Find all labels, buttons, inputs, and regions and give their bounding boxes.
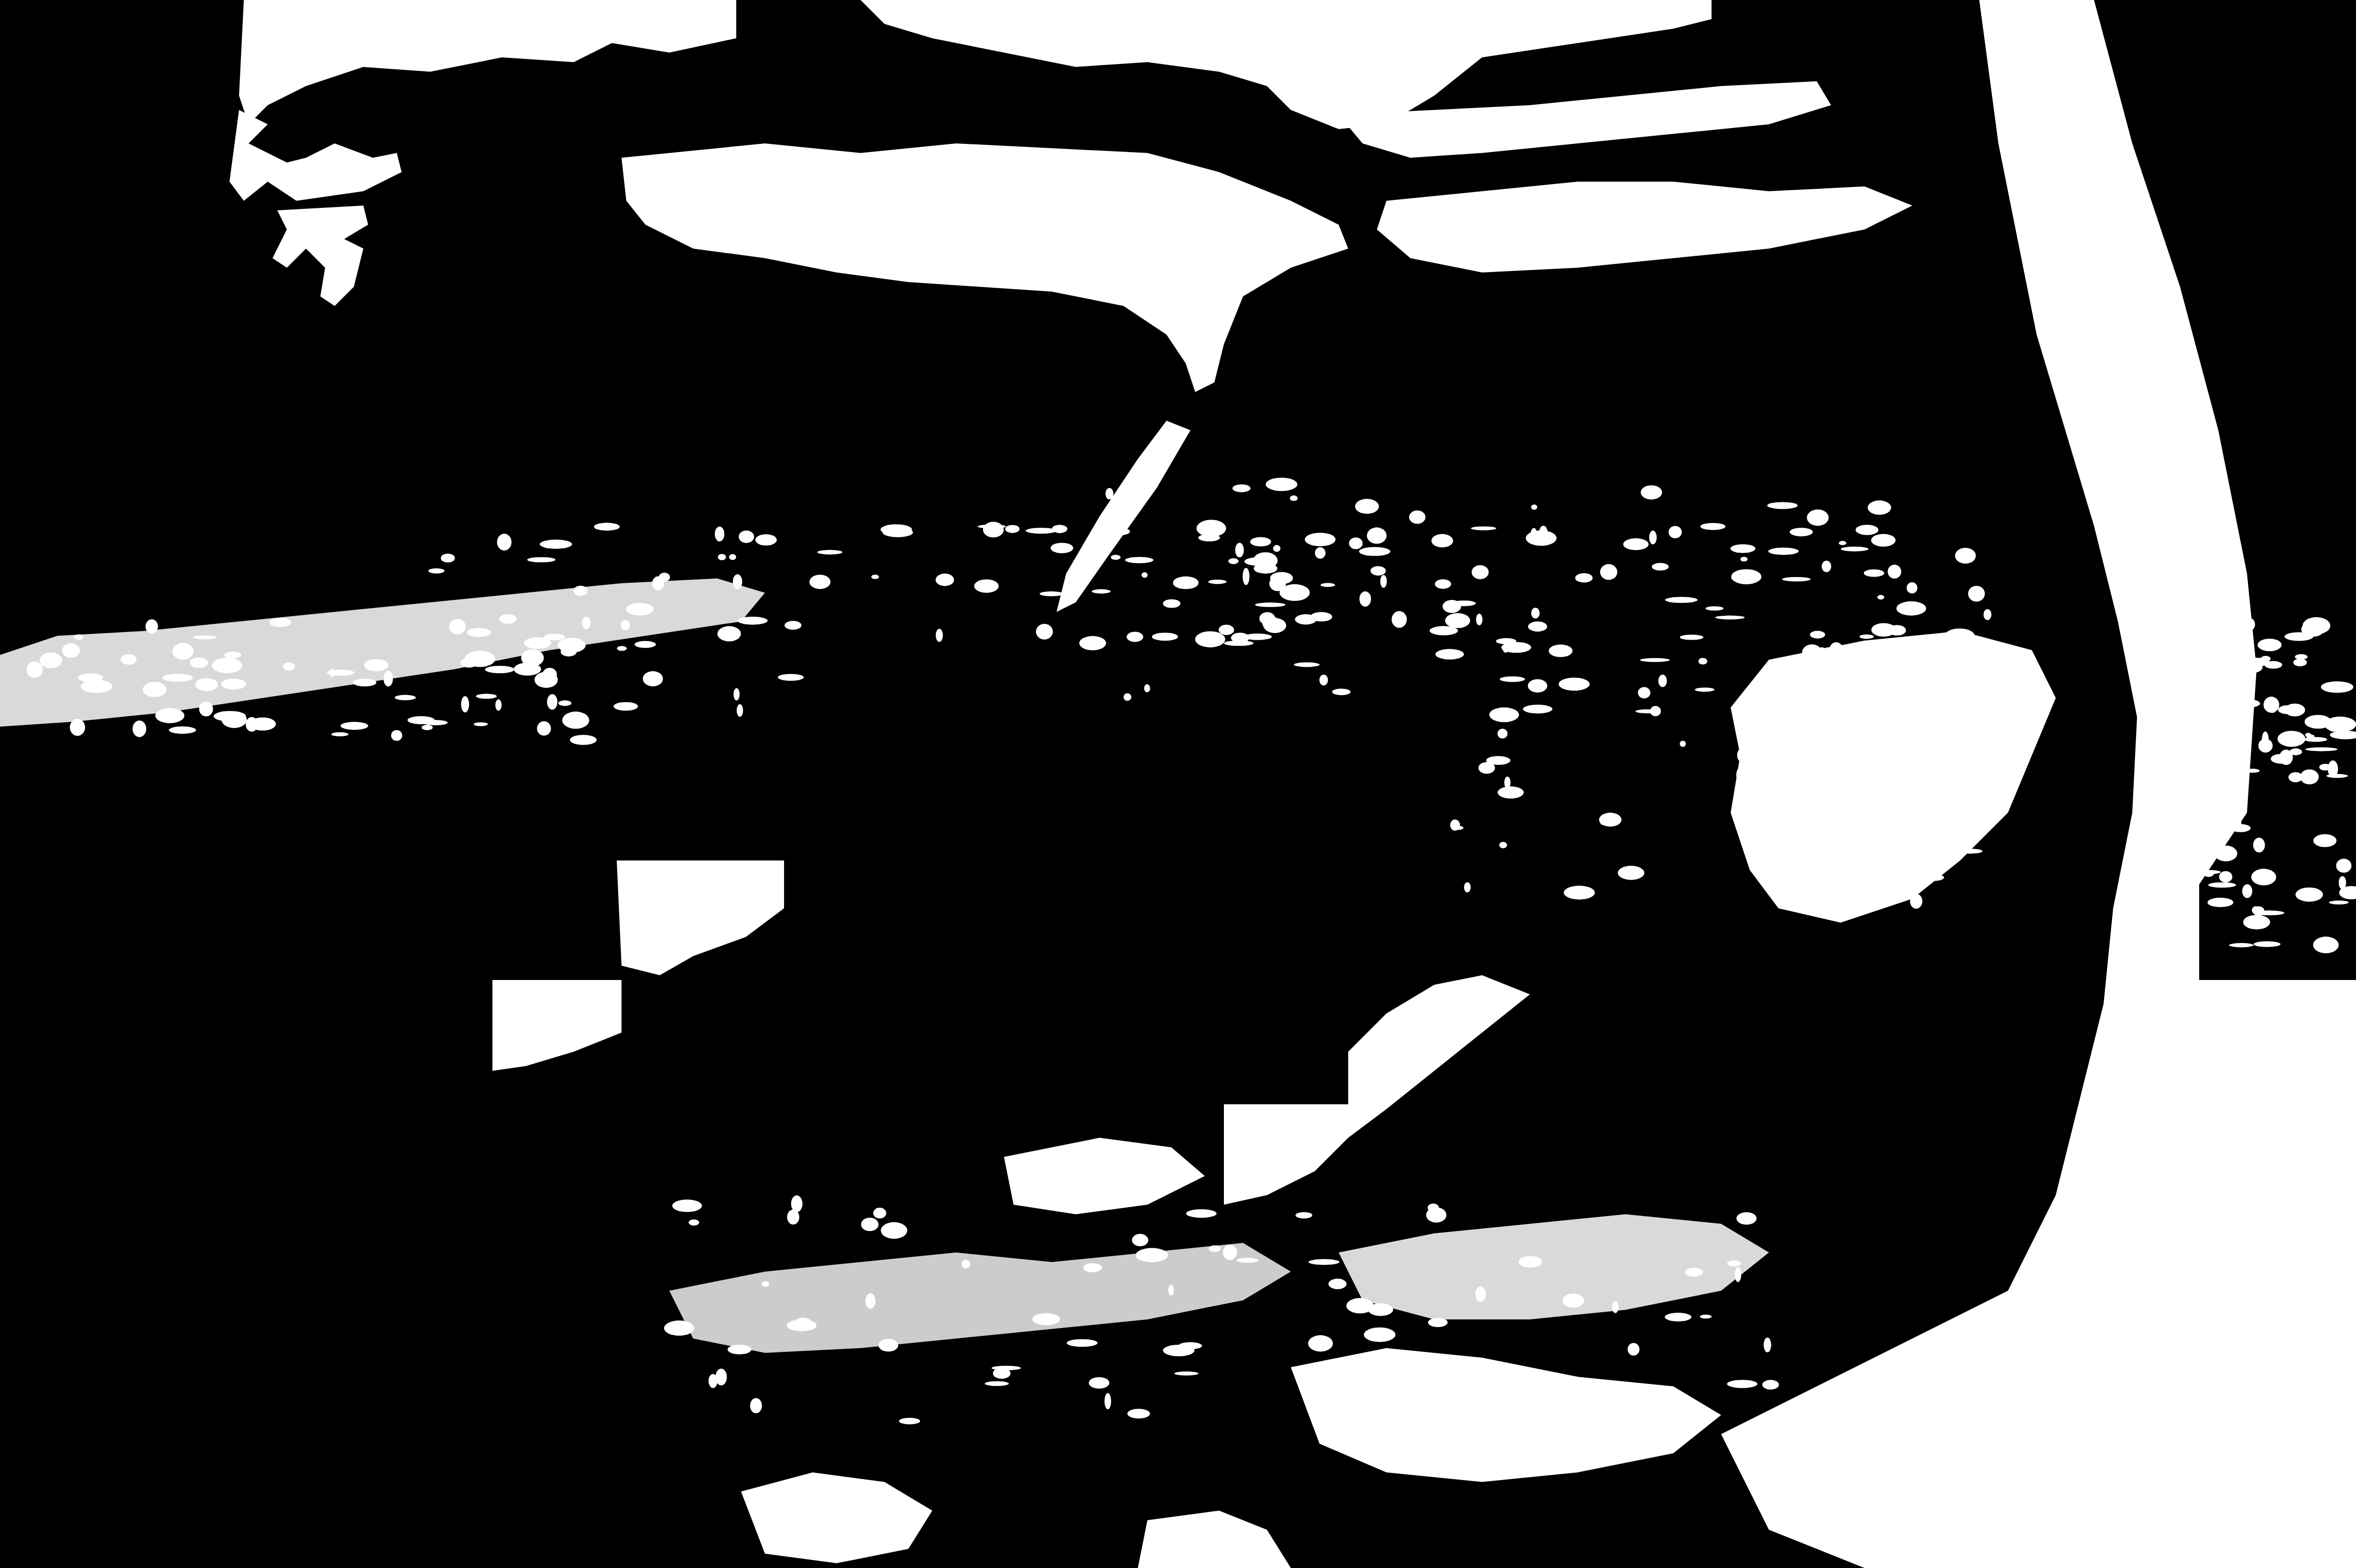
- binary-mask-image: [0, 0, 2356, 1568]
